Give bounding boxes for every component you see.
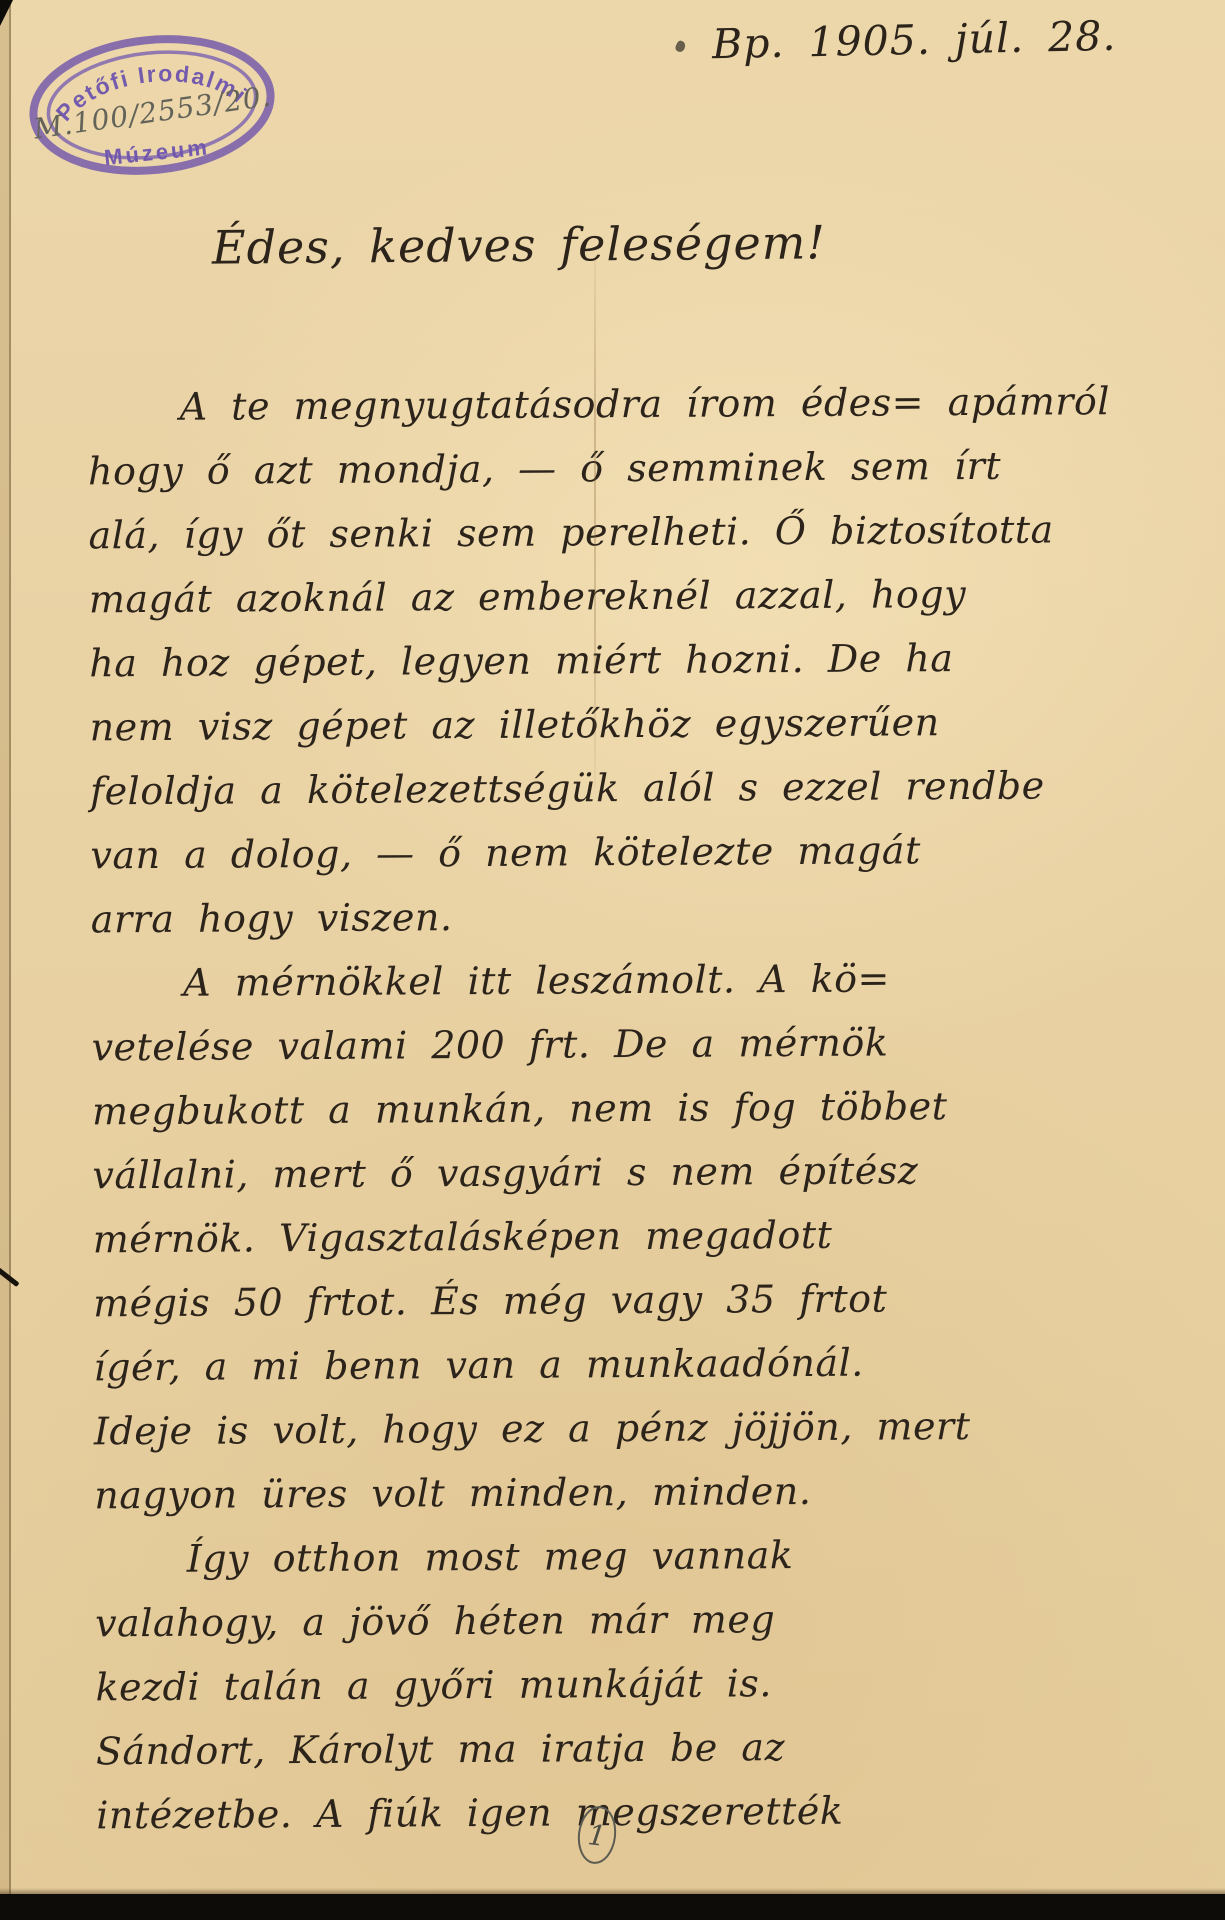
page-left-edge xyxy=(9,0,11,1894)
page-number: 1 xyxy=(586,1818,608,1853)
handwritten-line: A mérnökkel itt leszámolt. A kö= xyxy=(91,945,1191,1016)
paragraph: A mérnökkel itt leszámolt. A kö=vetelése… xyxy=(91,945,1194,1528)
letter-page: Petőfi Irodalmi Múzeum M.100/2553/20. Bp… xyxy=(0,0,1225,1920)
museum-stamp: Petőfi Irodalmi Múzeum M.100/2553/20. xyxy=(19,21,284,189)
handwritten-line: megbukott a munkán, nem is fog többet xyxy=(92,1073,1192,1144)
handwritten-line: ha hoz gépet, legyen miért hozni. De ha xyxy=(89,625,1189,696)
handwritten-line: Ideje is volt, hogy ez a pénz jöjjön, me… xyxy=(94,1393,1194,1464)
handwritten-line: mérnök. Vigasztalásképen megadott xyxy=(93,1201,1193,1272)
handwritten-line: vetelése valami 200 frt. De a mérnök xyxy=(91,1009,1191,1080)
paragraph: A te megnyugtatásodra írom édes= apámról… xyxy=(88,369,1191,952)
handwritten-line: intézetbe. A fiúk igen megszerették xyxy=(96,1777,1196,1848)
handwritten-line: Sándort, Károlyt ma iratja be az xyxy=(96,1713,1196,1784)
handwritten-line: mégis 50 frtot. És még vagy 35 frtot xyxy=(93,1265,1193,1336)
handwritten-line: Így otthon most meg vannak xyxy=(95,1521,1195,1592)
salutation: Édes, kedves feleségem! xyxy=(212,215,826,274)
handwritten-line: hogy ő azt mondja, — ő semminek sem írt xyxy=(88,433,1188,504)
handwritten-line: A te megnyugtatásodra írom édes= apámról xyxy=(88,369,1188,440)
handwritten-line: ígér, a mi benn van a munkaadónál. xyxy=(93,1329,1193,1400)
handwritten-line: feloldja a kötelezettségük alól s ezzel … xyxy=(90,753,1190,824)
handwritten-line: kezdi talán a győri munkáját is. xyxy=(95,1649,1195,1720)
paragraph: Így otthon most meg vannakvalahogy, a jö… xyxy=(95,1521,1197,1848)
handwritten-line: magát azoknál az embereknél azzal, hogy xyxy=(89,561,1189,632)
handwritten-line: van a dolog, — ő nem kötelezte magát xyxy=(90,817,1190,888)
letter-body: A te megnyugtatásodra írom édes= apámról… xyxy=(88,369,1197,1848)
handwritten-line: nem visz gépet az illetőkhöz egyszerűen xyxy=(89,689,1189,760)
fold-crease xyxy=(594,258,596,788)
handwritten-line: arra hogy viszen. xyxy=(91,881,1191,952)
dateline: Bp. 1905. júl. 28. xyxy=(712,12,1117,68)
scanner-background-strip xyxy=(0,1894,1225,1920)
stamp-catalog-number: M.100/2553/20. xyxy=(31,79,274,145)
handwritten-line: nagyon üres volt minden, minden. xyxy=(94,1457,1194,1528)
handwritten-line: valahogy, a jövő héten már meg xyxy=(95,1585,1195,1656)
handwritten-line: alá, így őt senki sem perelheti. Ő bizto… xyxy=(88,497,1188,568)
ink-speck xyxy=(674,40,687,54)
handwritten-line: vállalni, mert ő vasgyári s nem építész xyxy=(92,1137,1192,1208)
page-left-band xyxy=(0,0,9,1894)
